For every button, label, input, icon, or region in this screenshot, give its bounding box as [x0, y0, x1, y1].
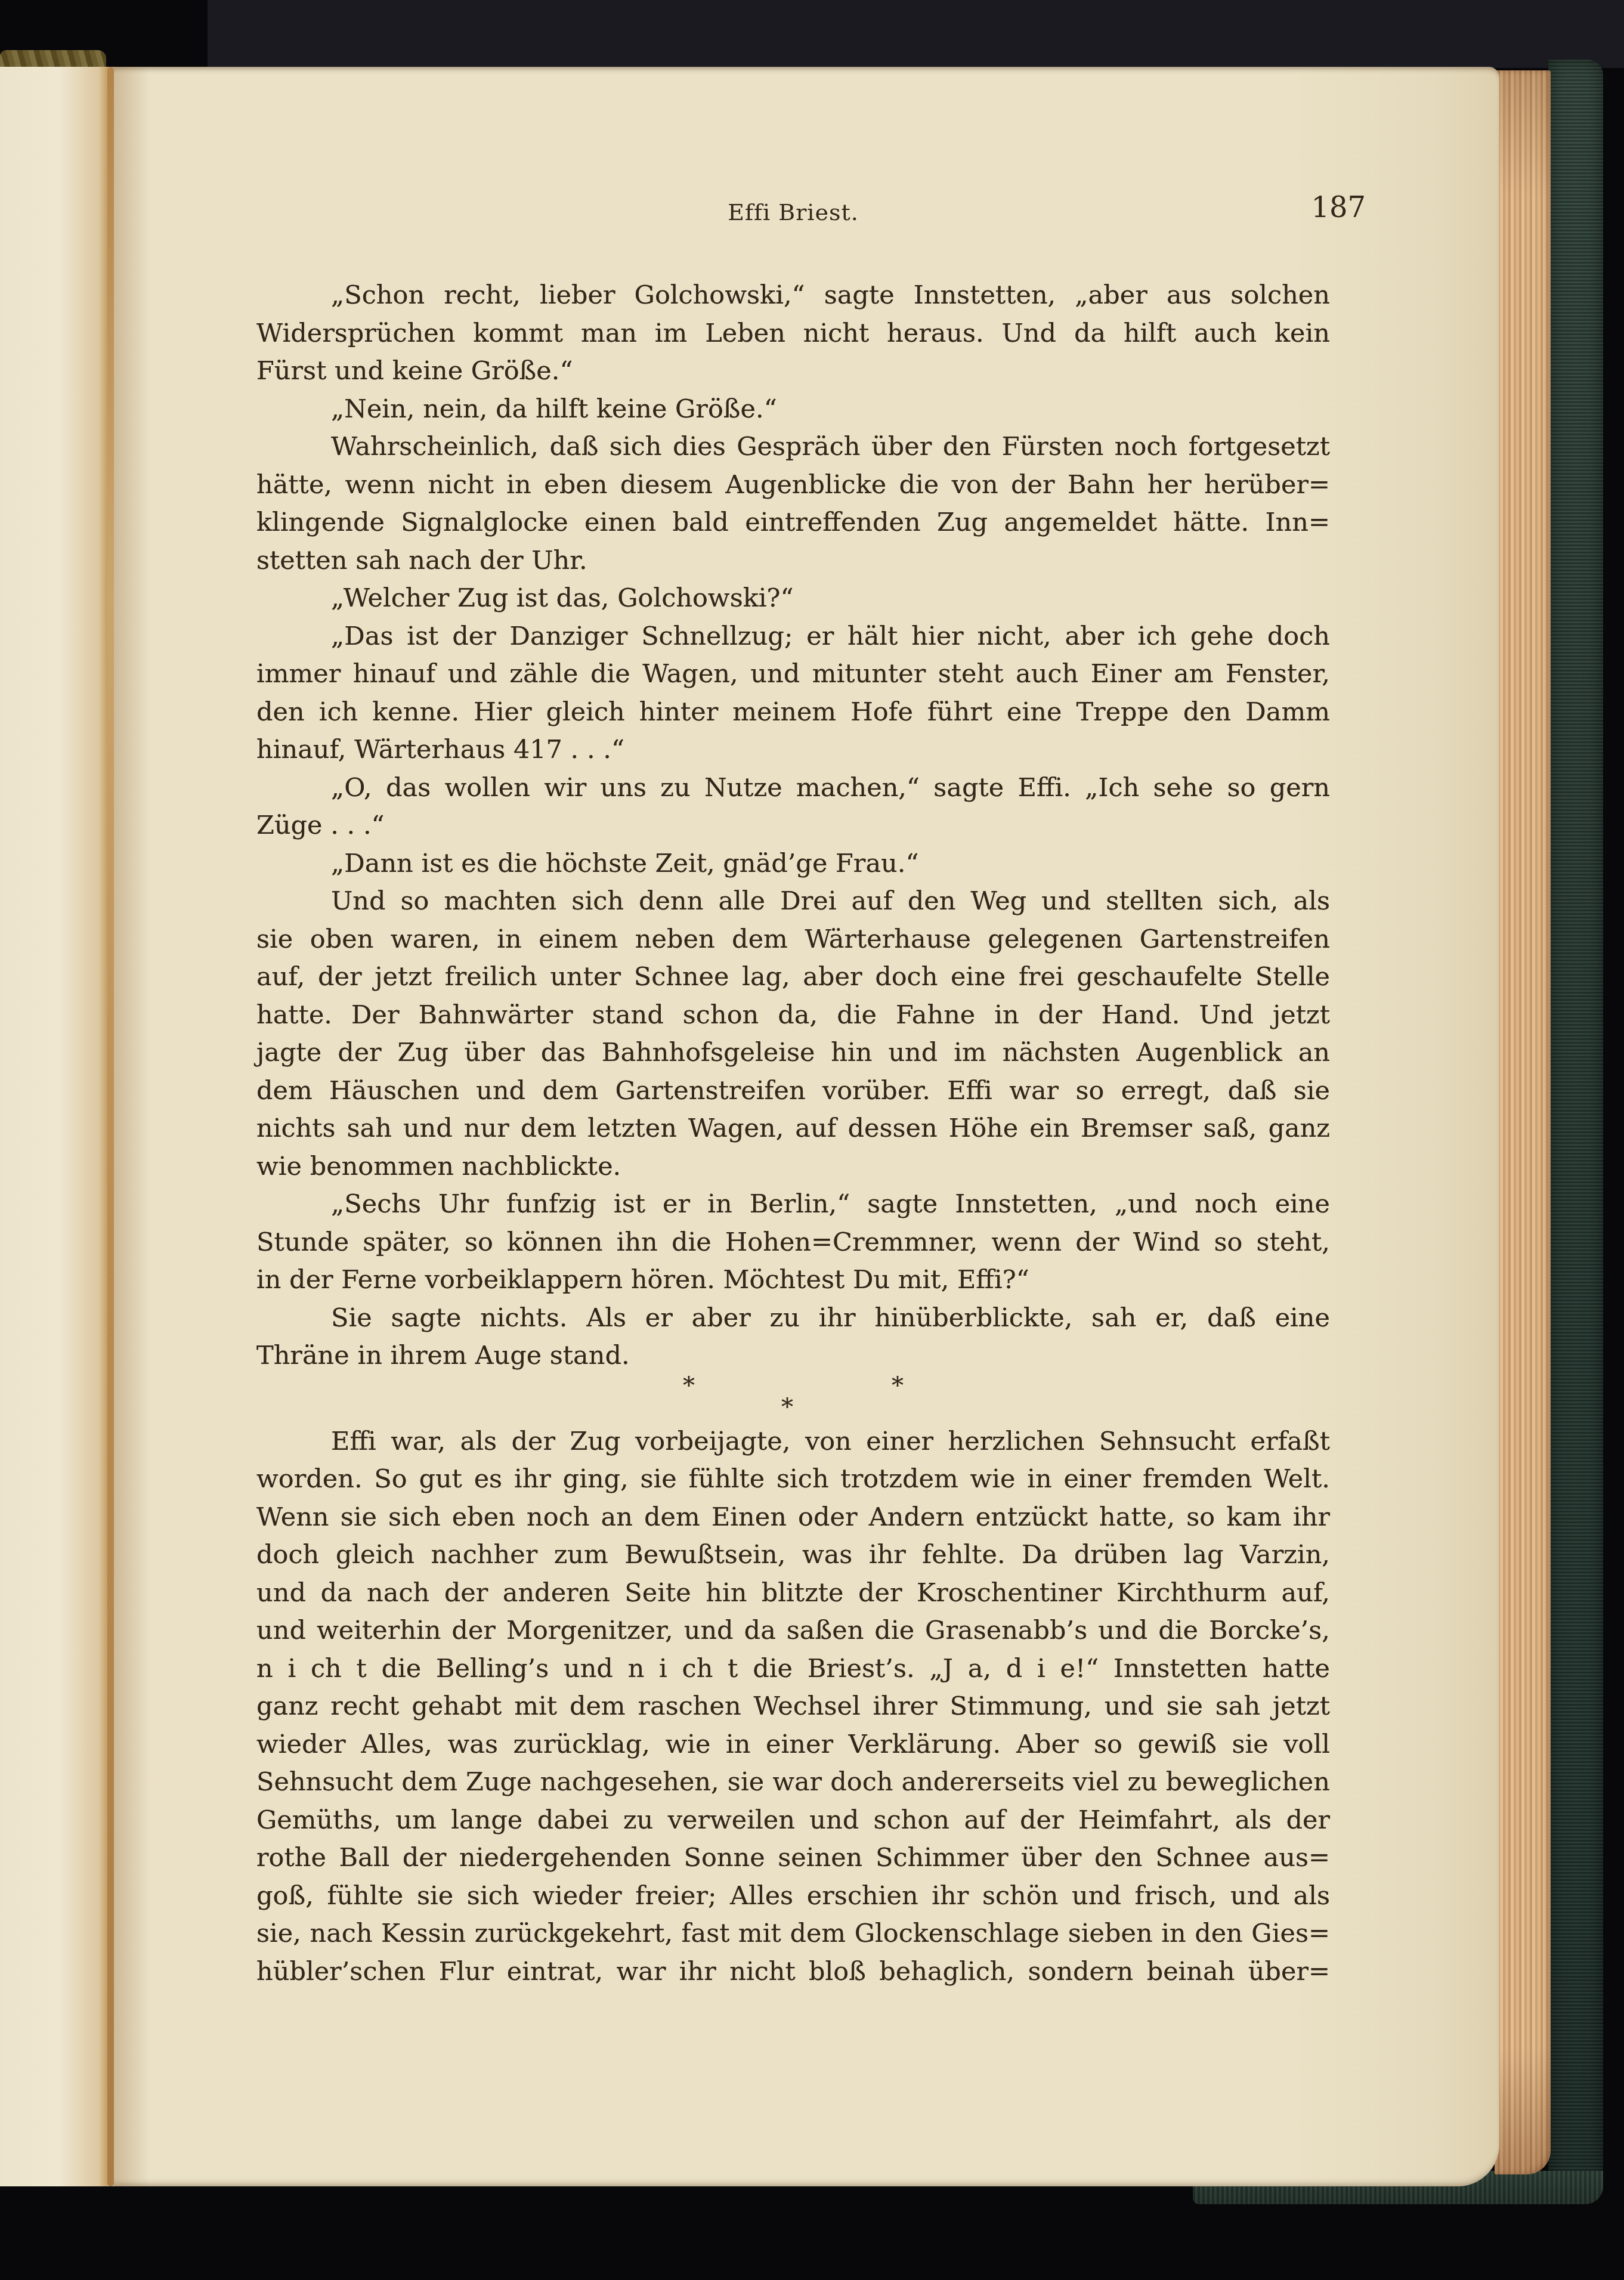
paragraph: „O, das wollen wir uns zu Nutze machen,“… [256, 769, 1330, 845]
divider-row-top: * * [683, 1375, 904, 1398]
running-header: Effi Briest. [256, 199, 1330, 225]
text-line: Sie sagte nichts. Als er aber zu ihr hin… [256, 1300, 1330, 1338]
text-line: Gemüths, um lange dabei zu verweilen und… [256, 1802, 1330, 1840]
text-line: sie oben waren, in einem neben dem Wärte… [256, 921, 1330, 959]
paragraph: Effi war, als der Zug vorbeijagte, von e… [256, 1423, 1330, 1991]
text-line: hübler’schen Flur eintrat, war ihr nicht… [256, 1953, 1330, 1991]
text-line: „Nein, nein, da hilft keine Größe.“ [256, 391, 1330, 429]
divider-row-bottom: * [781, 1398, 793, 1421]
text-line: nichts sah und nur dem letzten Wagen, au… [256, 1110, 1330, 1148]
section-divider: * * * [256, 1375, 1330, 1423]
paragraph: Wahrscheinlich, daß sich dies Gespräch ü… [256, 428, 1330, 580]
paragraph: Sie sagte nichts. Als er aber zu ihr hin… [256, 1300, 1330, 1375]
text-line: hätte, wenn nicht in eben diesem Augenbl… [256, 466, 1330, 505]
text-line: Züge . . .“ [256, 807, 1330, 845]
text-line: rothe Ball der niedergehenden Sonne sein… [256, 1839, 1330, 1877]
text-line: stetten sah nach der Uhr. [256, 542, 1330, 580]
text-line: „Schon recht, lieber Golchowski,“ sagte … [256, 277, 1330, 315]
paragraph: „Nein, nein, da hilft keine Größe.“ [256, 391, 1330, 429]
text-line: Effi war, als der Zug vorbeijagte, von e… [256, 1423, 1330, 1461]
text-line: Sehnsucht dem Zuge nachgesehen, sie war … [256, 1764, 1330, 1802]
text-line: Fürst und keine Größe.“ [256, 352, 1330, 391]
text-line: Wenn sie sich eben noch an dem Einen ode… [256, 1499, 1330, 1537]
paragraph: „Sechs Uhr funfzig ist er in Berlin,“ sa… [256, 1186, 1330, 1300]
photo-background: Effi Briest. 187 „Schon recht, lieber Go… [0, 0, 1624, 2280]
text-line: auf, der jetzt freilich unter Schnee lag… [256, 958, 1330, 997]
text-line: wie benommen nachblickte. [256, 1148, 1330, 1186]
text-line: dem Häuschen und dem Gartenstreifen vorü… [256, 1072, 1330, 1110]
text-block-lower: Effi war, als der Zug vorbeijagte, von e… [256, 1423, 1330, 1991]
paragraph: „Dann ist es die höchste Zeit, gnäd’ge F… [256, 845, 1330, 883]
text-line: sie, nach Kessin zurückgekehrt, fast mit… [256, 1915, 1330, 1953]
asterisk-glyph: * [892, 1375, 904, 1398]
text-line: n i ch t die Belling’s und n i ch t die … [256, 1650, 1330, 1688]
text-line: Und so machten sich denn alle Drei auf d… [256, 883, 1330, 921]
text-line: klingende Signalglocke einen bald eintre… [256, 504, 1330, 542]
text-line: worden. So gut es ihr ging, sie fühlte s… [256, 1461, 1330, 1499]
text-line: „Sechs Uhr funfzig ist er in Berlin,“ sa… [256, 1186, 1330, 1224]
text-block: „Schon recht, lieber Golchowski,“ sagte … [256, 277, 1330, 1991]
text-block-upper: „Schon recht, lieber Golchowski,“ sagte … [256, 277, 1330, 1375]
page-number: 187 [1217, 191, 1366, 224]
paragraph: „Das ist der Danziger Schnellzug; er häl… [256, 618, 1330, 769]
text-line: Stunde später, so können ihn die Hohen=C… [256, 1224, 1330, 1262]
photo-background-panel [208, 0, 1624, 68]
text-line: goß, fühlte sie sich wieder freier; Alle… [256, 1877, 1330, 1916]
text-line: „O, das wollen wir uns zu Nutze machen,“… [256, 769, 1330, 808]
text-line: ganz recht gehabt mit dem raschen Wechse… [256, 1688, 1330, 1726]
text-line: hatte. Der Bahnwärter stand schon da, di… [256, 997, 1330, 1035]
page-stack-fore-edge [1495, 70, 1551, 2174]
text-line: jagte der Zug über das Bahnhofsgeleise h… [256, 1034, 1330, 1072]
text-line: und weiterhin der Morgenitzer, und da sa… [256, 1612, 1330, 1650]
text-line: doch gleich nachher zum Bewußtsein, was … [256, 1536, 1330, 1574]
text-line: immer hinauf und zähle die Wagen, und mi… [256, 655, 1330, 694]
gutter-shadow [114, 67, 150, 2186]
text-line: Thräne in ihrem Auge stand. [256, 1337, 1330, 1375]
text-line: in der Ferne vorbeiklappern hören. Möcht… [256, 1261, 1330, 1300]
asterisk-glyph: * [781, 1393, 793, 1421]
text-line: den ich kenne. Hier gleich hinter meinem… [256, 694, 1330, 732]
asterisk-glyph: * [683, 1375, 695, 1398]
text-line: „Das ist der Danziger Schnellzug; er häl… [256, 618, 1330, 656]
text-line: hinauf, Wärterhaus 417 . . .“ [256, 731, 1330, 769]
text-line: Widersprüchen kommt man im Leben nicht h… [256, 315, 1330, 353]
text-line: und da nach der anderen Seite hin blitzt… [256, 1574, 1330, 1613]
previous-page-edge [0, 67, 107, 2186]
paragraph: „Schon recht, lieber Golchowski,“ sagte … [256, 277, 1330, 391]
text-line: wieder Alles, was zurücklag, wie in eine… [256, 1726, 1330, 1764]
gutter-crease [107, 67, 114, 2186]
text-line: „Dann ist es die höchste Zeit, gnäd’ge F… [256, 845, 1330, 883]
book-page: Effi Briest. 187 „Schon recht, lieber Go… [0, 67, 1499, 2186]
paragraph: Und so machten sich denn alle Drei auf d… [256, 883, 1330, 1186]
text-line: „Welcher Zug ist das, Golchowski?“ [256, 580, 1330, 618]
text-line: Wahrscheinlich, daß sich dies Gespräch ü… [256, 428, 1330, 466]
paragraph: „Welcher Zug ist das, Golchowski?“ [256, 580, 1330, 618]
book-cover-edge [1548, 60, 1603, 2203]
